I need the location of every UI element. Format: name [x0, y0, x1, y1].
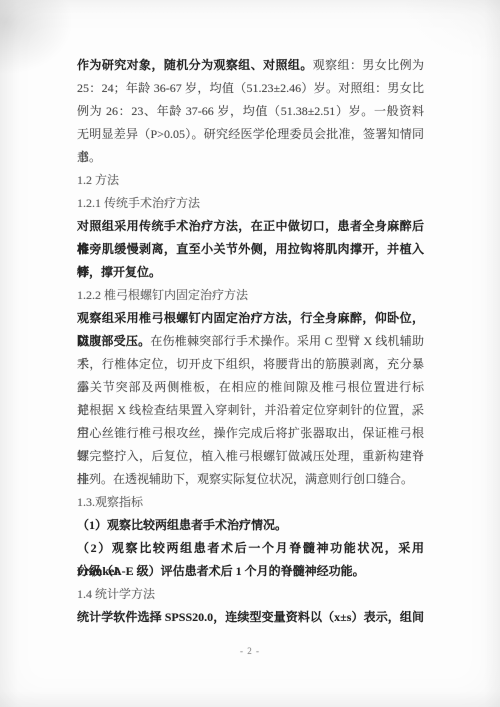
- text-segment: 1.3.观察指标: [77, 495, 143, 509]
- section-heading: 1.2 方法: [77, 169, 424, 192]
- bold-text-segment: 分级（A-E 级）评估患者术后 1 个月的脊髓神经功能。: [77, 564, 365, 578]
- section-heading: 1.3.观察指标: [77, 491, 424, 514]
- bold-text-segment: 防腹部受压。: [77, 334, 150, 348]
- text-segment: 书。: [77, 150, 101, 164]
- text-line: 观察组采用椎弓根螺钉内固定治疗方法，行全身麻醉，仰卧位，以: [77, 307, 424, 330]
- document-page: 作为研究对象，随机分为观察组、对照组。观察组：男女比例为25：24；年龄 36-…: [0, 0, 500, 707]
- text-line: 书。: [77, 146, 424, 169]
- text-line: 25：24；年龄 36-67 岁，均值（51.23±2.46）岁。对照组：男女比: [77, 77, 424, 100]
- text-segment: 1.2.2 椎弓根螺钉内固定治疗方法: [77, 288, 248, 302]
- text-line: 术，行椎体定位，切开皮下组织，将腰背出的筋膜剥离，充分暴露: [77, 353, 424, 376]
- text-line: 并根据 X 线检查结果置入穿刺针，并沿着定位穿刺针的位置，采用: [77, 399, 424, 422]
- text-line: 无明显差异（P>0.05）。研究经医学伦理委员会批准，签署知情同意: [77, 123, 424, 146]
- text-line: 钉完整拧入，后复位，植入椎弓根螺钉做减压处理，重新构建脊柱: [77, 445, 424, 468]
- text-line: 对照组采用传统手术治疗方法，在正中做切口，患者全身麻醉后将: [77, 215, 424, 238]
- text-line: 统计学软件选择 SPSS20.0，连续型变量资料以（x±s）表示，组间: [77, 606, 424, 629]
- text-line: 空心丝锥行椎弓根攻丝，操作完成后将扩张器取出，保证椎弓根螺: [77, 422, 424, 445]
- text-line: 作为研究对象，随机分为观察组、对照组。观察组：男女比例为: [77, 54, 424, 77]
- bold-text-segment: （1）观察比较两组患者手术治疗情况。: [77, 518, 287, 532]
- text-line: 椎旁肌缓慢剥离，直至小关节外侧，用拉钩将肌肉撑开，并植入钉: [77, 238, 424, 261]
- text-segment: 排列。在透视辅助下，观察实际复位状况，满意则行创口缝合。: [77, 472, 413, 486]
- text-line: （1）观察比较两组患者手术治疗情况。: [77, 514, 424, 537]
- text-line: 排列。在透视辅助下，观察实际复位状况，满意则行创口缝合。: [77, 468, 424, 491]
- text-line: （2）观察比较两组患者术后一个月脊髓神功能状况，采用 Frankel: [77, 537, 424, 560]
- text-segment: 1.2.1 传统手术治疗方法: [77, 196, 200, 210]
- text-line: 小关节突部及两侧椎板，在相应的椎间隙及椎弓根位置进行标记。: [77, 376, 424, 399]
- text-line: 分级（A-E 级）评估患者术后 1 个月的脊髓神经功能。: [77, 560, 424, 583]
- section-heading: 1.4 统计学方法: [77, 583, 424, 606]
- text-line: 例为 26：23、年龄 37-66 岁，均值（51.38±2.51）岁。一般资料: [77, 100, 424, 123]
- text-segment: 观察组：男女比例为: [313, 58, 424, 72]
- bold-text-segment: 统计学软件选择 SPSS20.0，连续型变量资料以（x±s）表示，组间: [77, 610, 424, 624]
- document-body: 作为研究对象，随机分为观察组、对照组。观察组：男女比例为25：24；年龄 36-…: [77, 54, 424, 629]
- text-line: 棒，撑开复位。: [77, 261, 424, 284]
- text-line: 防腹部受压。在伤椎棘突部行手术操作。采用 C 型臂 X 线机辅助手: [77, 330, 424, 353]
- bold-text-segment: 棒，撑开复位。: [77, 265, 161, 279]
- text-segment: 例为 26：23、年龄 37-66 岁，均值（51.38±2.51）岁。一般资料: [77, 104, 424, 118]
- section-heading: 1.2.2 椎弓根螺钉内固定治疗方法: [77, 284, 424, 307]
- section-heading: 1.2.1 传统手术治疗方法: [77, 192, 424, 215]
- page-number: - 2 -: [0, 646, 500, 656]
- bold-text-segment: 作为研究对象，随机分为观察组、对照组。: [77, 58, 313, 72]
- text-segment: 1.4 统计学方法: [77, 587, 155, 601]
- text-segment: 1.2 方法: [77, 173, 119, 187]
- text-segment: 25：24；年龄 36-67 岁，均值（51.23±2.46）岁。对照组：男女比: [77, 81, 424, 95]
